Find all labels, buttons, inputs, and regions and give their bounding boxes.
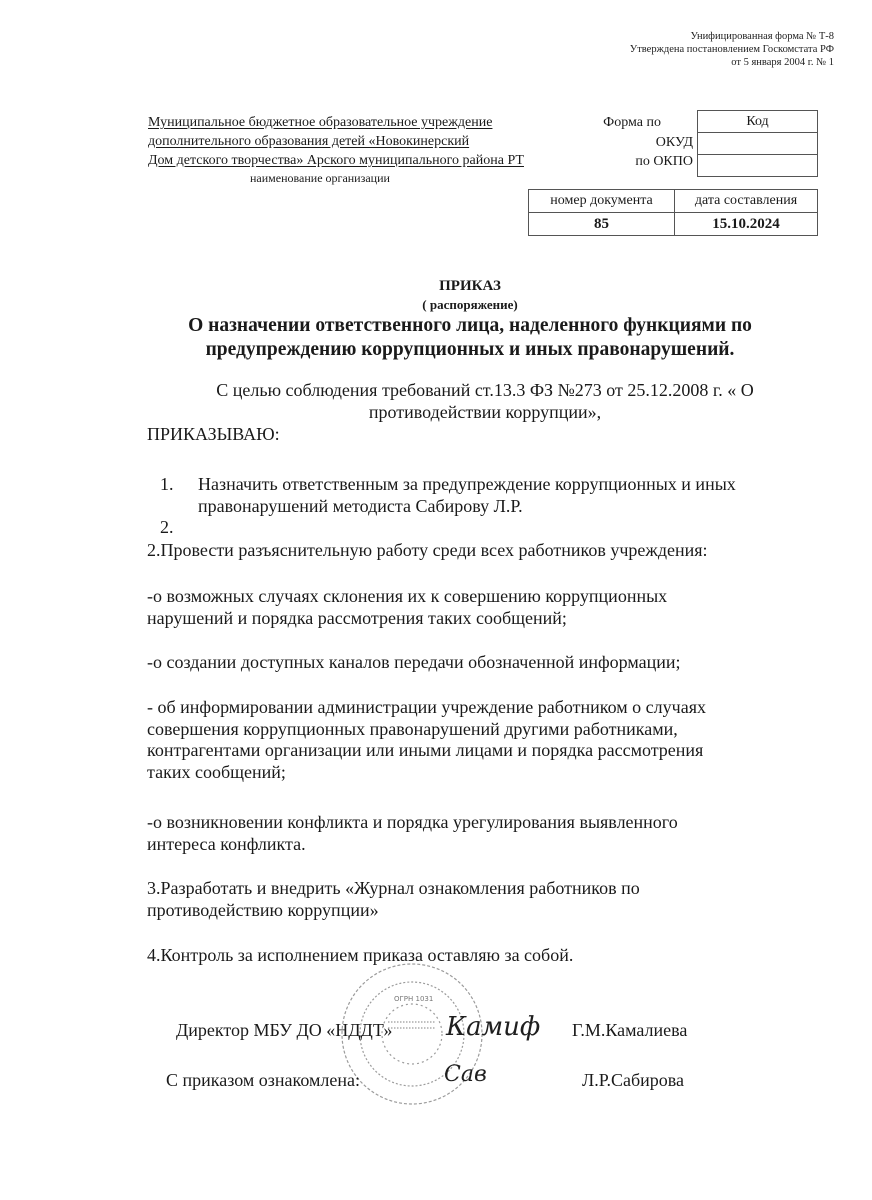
title-subject-line: О назначении ответственного лица, наделе… xyxy=(140,314,800,338)
paragraph-line: контрагентами организации или иными лица… xyxy=(147,740,807,762)
preamble-line: С целью соблюдения требований ст.13.3 ФЗ… xyxy=(150,380,820,402)
acknowledged-signature: Сав xyxy=(444,1062,487,1087)
form-label: Форма по xyxy=(560,113,693,133)
form-note-line: Утверждена постановлением Госкомстата РФ xyxy=(630,43,834,56)
title-main: ПРИКАЗ xyxy=(140,276,800,296)
preamble: С целью соблюдения требований ст.13.3 ФЗ… xyxy=(150,380,820,423)
acknowledged-name: Л.Р.Сабирова xyxy=(582,1070,684,1091)
paragraph-line: 2.Провести разъяснительную работу среди … xyxy=(147,540,807,562)
okpo-label: по ОКПО xyxy=(560,152,693,172)
director-name: Г.М.Камалиева xyxy=(572,1020,687,1041)
form-note-line: Унифицированная форма № Т-8 xyxy=(630,30,834,43)
preamble-line: противодействии коррупции», xyxy=(150,402,820,424)
code-table: Код xyxy=(697,110,818,177)
unified-form-note: Унифицированная форма № Т-8 Утверждена п… xyxy=(630,30,834,69)
paragraph-cases: -о возможных случаях склонения их к сове… xyxy=(147,586,807,629)
acknowledged-label: С приказом ознакомлена: xyxy=(166,1070,360,1091)
paragraph-line: интереса конфликта. xyxy=(147,834,807,856)
organization-name-line: Муниципальное бюджетное образовательное … xyxy=(148,113,524,132)
title-sub: ( распоряжение) xyxy=(140,296,800,314)
paragraph-channels: -о создании доступных каналов передачи о… xyxy=(147,652,807,674)
document-date-label: дата составления xyxy=(675,190,818,213)
paragraph-line: 3.Разработать и внедрить «Журнал ознаком… xyxy=(147,878,807,900)
list-number: 1. xyxy=(160,474,174,496)
numbered-list: 1. Назначить ответственным за предупрежд… xyxy=(160,474,820,544)
list-item-line: правонарушений методиста Сабирову Л.Р. xyxy=(198,496,818,518)
director-signature: Камиф xyxy=(446,1012,540,1042)
paragraph-line: -о возможных случаях склонения их к сове… xyxy=(147,586,807,608)
document-number-label: номер документа xyxy=(529,190,675,213)
form-note-line: от 5 января 2004 г. № 1 xyxy=(630,56,834,69)
paragraph-line: - об информировании администрации учрежд… xyxy=(147,697,807,719)
list-item-line: Назначить ответственным за предупреждени… xyxy=(198,474,818,496)
title-subject-line: предупреждению коррупционных и иных прав… xyxy=(140,338,800,362)
stamp-text: ОГРН 1031 xyxy=(394,995,433,1003)
director-title: Директор МБУ ДО «НДДТ» xyxy=(176,1020,392,1041)
paragraph-line: совершения коррупционных правонарушений … xyxy=(147,719,807,741)
order-word: ПРИКАЗЫВАЮ: xyxy=(147,424,280,446)
okud-code-cell xyxy=(698,133,818,155)
paragraph-line: таких сообщений; xyxy=(147,762,807,784)
paragraph-line: нарушений и порядка рассмотрения таких с… xyxy=(147,608,807,630)
paragraph-explain: 2.Провести разъяснительную работу среди … xyxy=(147,540,807,562)
paragraph-journal: 3.Разработать и внедрить «Журнал ознаком… xyxy=(147,878,807,921)
organization-name-line: Дом детского творчества» Арского муницип… xyxy=(148,151,524,170)
organization-name: Муниципальное бюджетное образовательное … xyxy=(148,113,524,186)
paragraph-conflict: -о возникновении конфликта и порядка уре… xyxy=(147,812,807,855)
list-item: Назначить ответственным за предупреждени… xyxy=(198,474,818,517)
organization-name-line: дополнительного образования детей «Новок… xyxy=(148,132,524,151)
paragraph-line: противодействию коррупции» xyxy=(147,900,807,922)
document-date: 15.10.2024 xyxy=(675,213,818,236)
paragraph-informing: - об информировании администрации учрежд… xyxy=(147,697,807,783)
code-header: Код xyxy=(698,111,818,133)
document-number: 85 xyxy=(529,213,675,236)
organization-caption: наименование организации xyxy=(148,170,524,186)
okpo-code-cell xyxy=(698,155,818,177)
document-title: ПРИКАЗ ( распоряжение) О назначении отве… xyxy=(140,276,800,362)
paragraph-line: -о возникновении конфликта и порядка уре… xyxy=(147,812,807,834)
list-number: 2. xyxy=(160,517,174,539)
okud-label: ОКУД xyxy=(560,133,693,153)
document-info-table: номер документа дата составления 85 15.1… xyxy=(528,189,818,236)
paragraph-line: -о создании доступных каналов передачи о… xyxy=(147,652,807,674)
form-code-labels: Форма по ОКУД по ОКПО xyxy=(560,113,693,172)
